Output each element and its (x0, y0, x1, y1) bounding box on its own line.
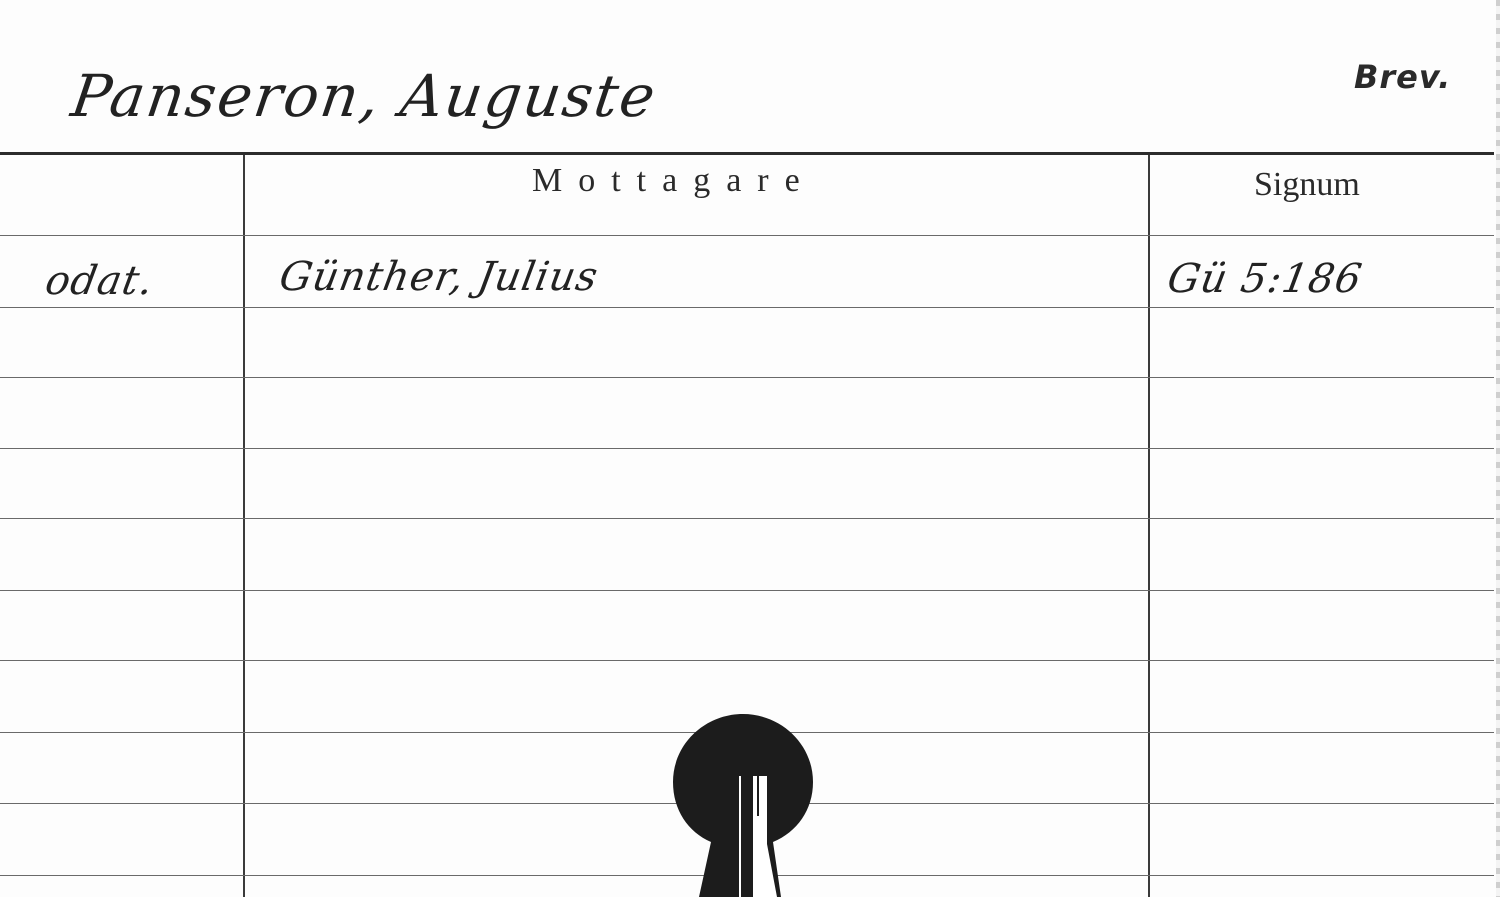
row-type-cell: odat. (42, 258, 157, 304)
card-title-handwritten: Panseron, Auguste (67, 62, 661, 130)
row-rule (0, 307, 1494, 308)
index-card: Panseron, Auguste Brev. Mottagare Signum… (0, 0, 1500, 897)
column-header-mottagare: Mottagare (532, 162, 816, 200)
card-right-edge (1496, 0, 1500, 897)
row-rule (0, 235, 1494, 236)
row-rule (0, 448, 1494, 449)
column-header-signum: Signum (1254, 166, 1360, 204)
card-type-label: Brev. (1354, 58, 1451, 96)
row-rule (0, 590, 1494, 591)
header-rule (0, 152, 1494, 155)
row-recipient-cell: Günther, Julius (276, 254, 602, 300)
column-divider-left (243, 155, 245, 897)
row-rule (0, 518, 1494, 519)
row-signum-cell: Gü 5:186 (1164, 256, 1366, 302)
column-divider-right (1148, 155, 1150, 897)
punch-hole-icon (673, 714, 813, 897)
row-rule (0, 377, 1494, 378)
row-rule (0, 660, 1494, 661)
